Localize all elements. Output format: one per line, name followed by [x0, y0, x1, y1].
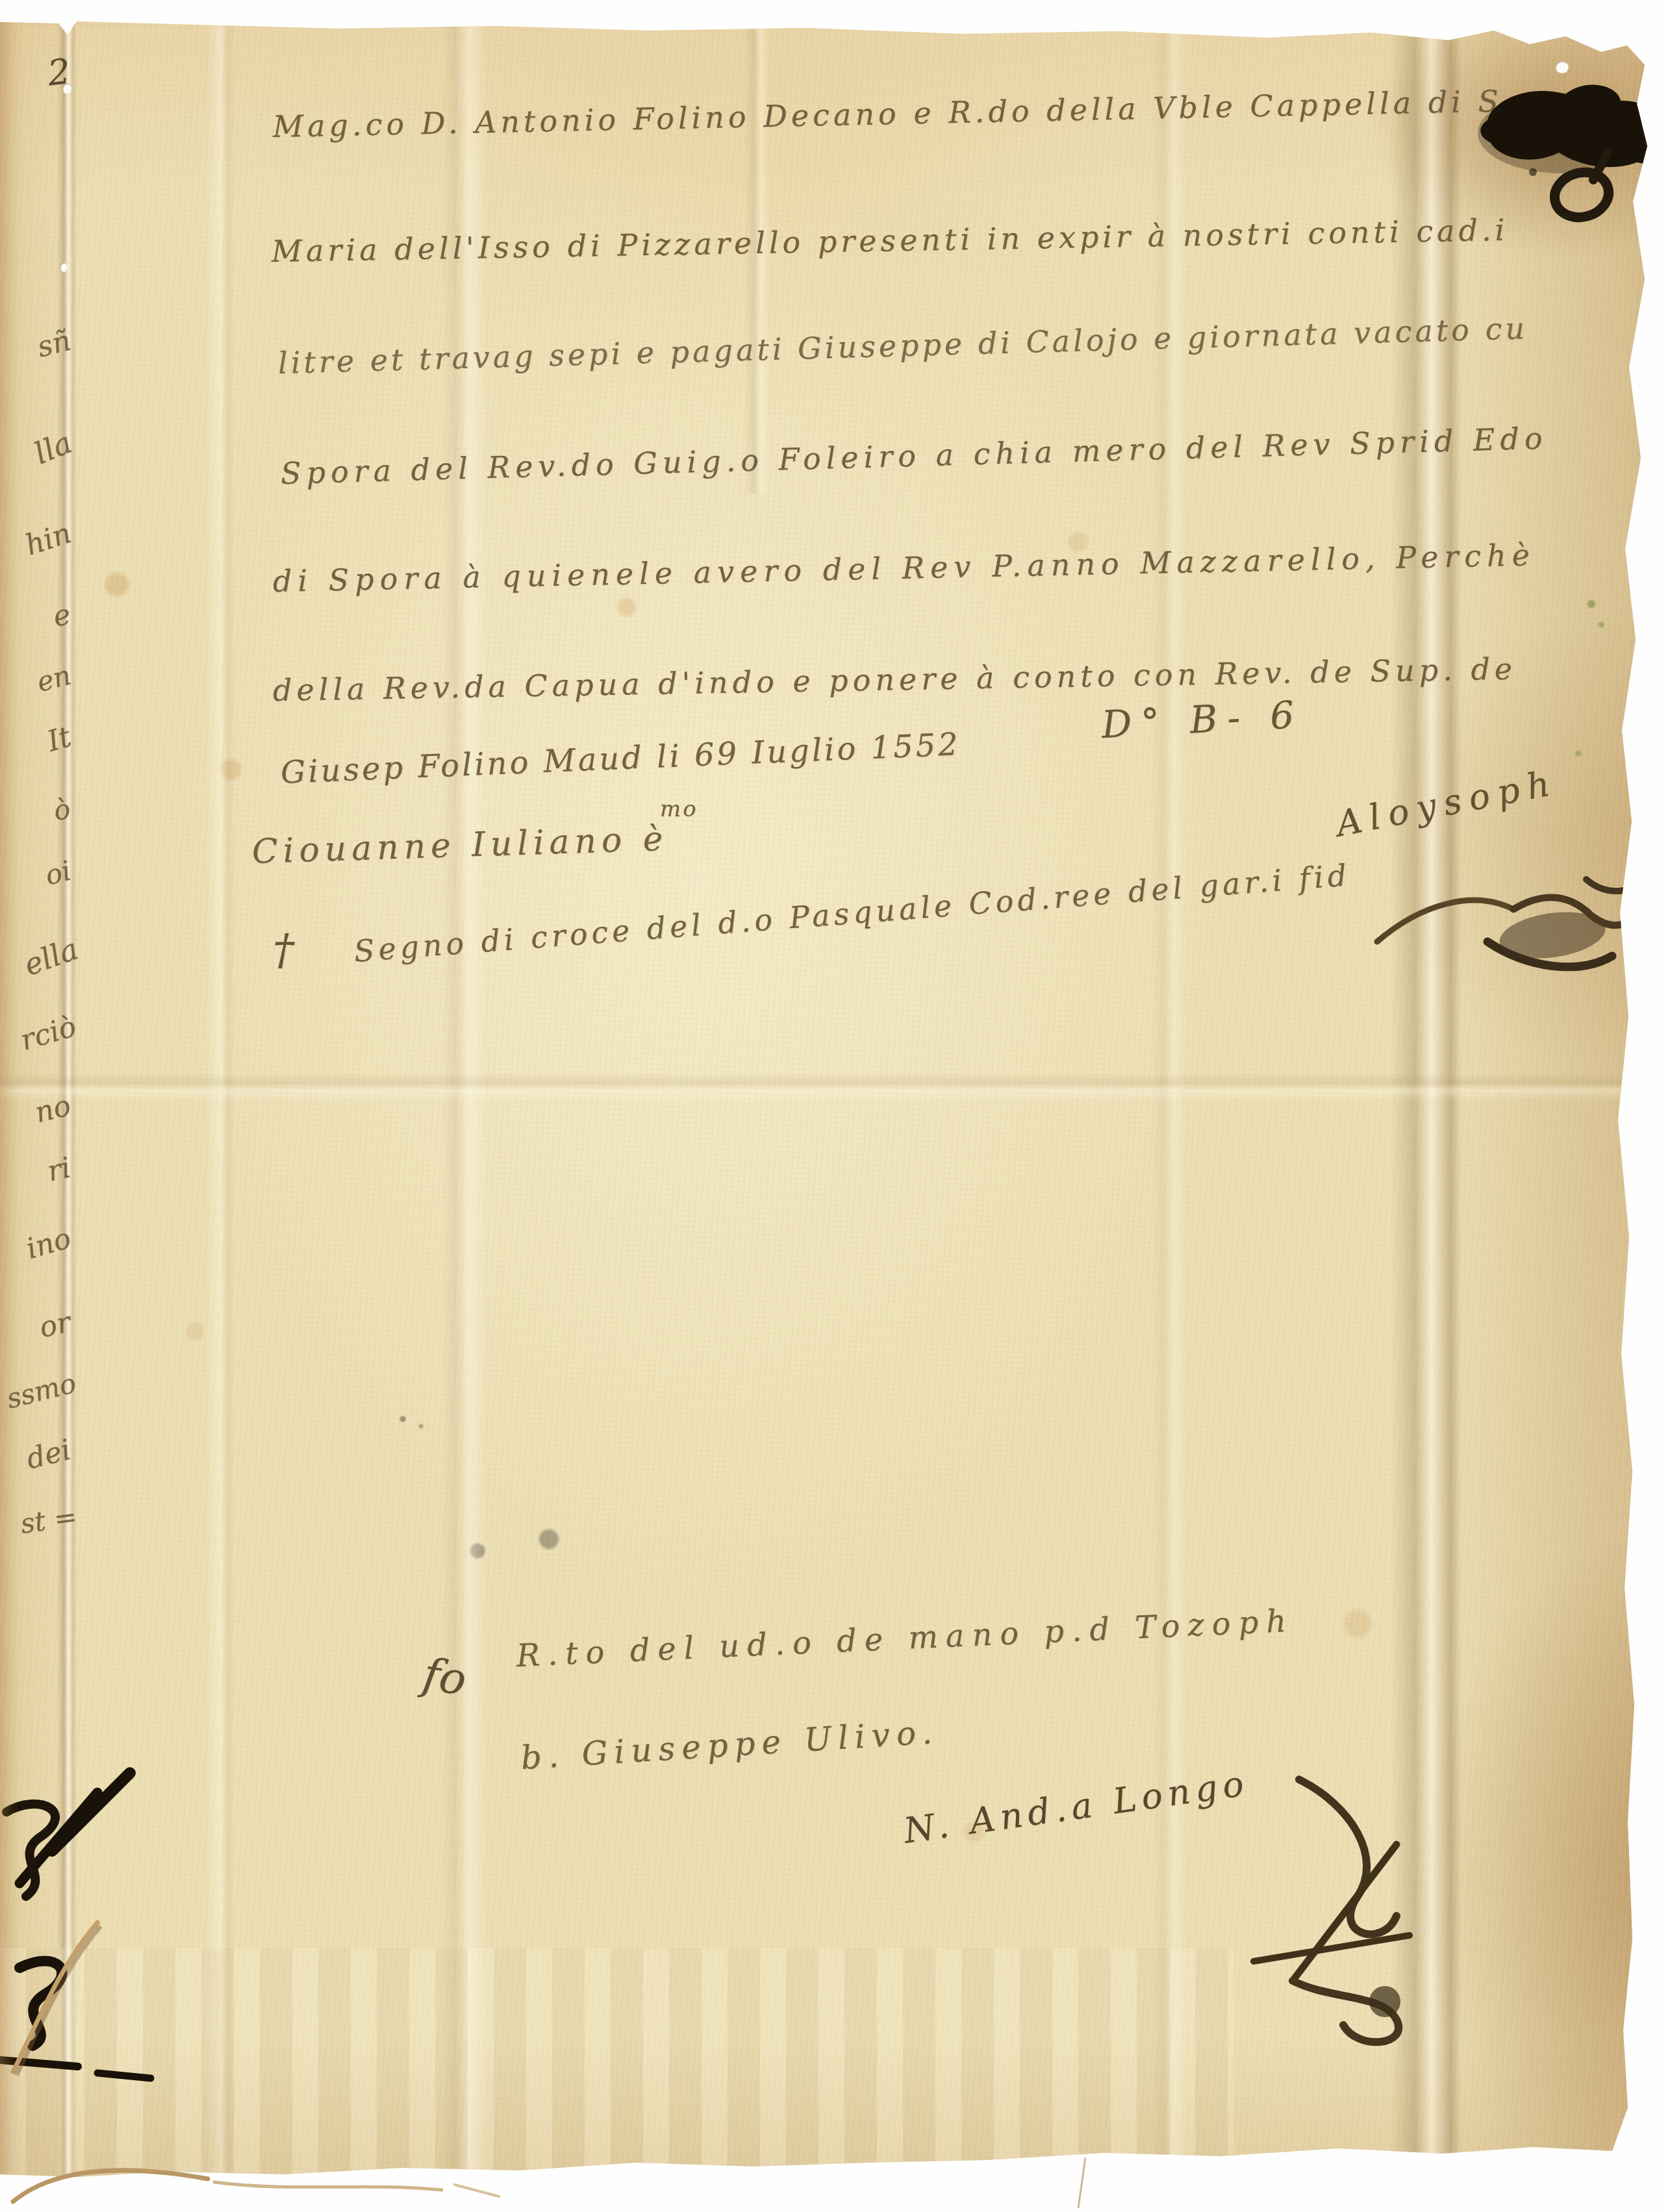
margin-fragment: rciò	[0, 1010, 80, 1063]
date-line: Giusep Folino Maud li 69 Iuglio 1552	[280, 726, 961, 791]
pinhole	[60, 262, 68, 272]
margin-fragment: or	[0, 1306, 73, 1353]
manuscript-line: Spora del Rev.do Guig.o Foleiro a chia m…	[280, 421, 1548, 491]
horizontal-crease	[0, 1073, 1670, 1101]
margin-fragment: st =	[0, 1500, 79, 1543]
flourish-stroke	[1377, 900, 1513, 942]
margin-fragment: ella	[0, 931, 82, 991]
closing-line: R.to del ud.o de mano p.d Tozoph	[516, 1603, 1295, 1674]
closing-lead: fo	[420, 1648, 470, 1705]
thread	[214, 2182, 442, 2190]
bottom-threads	[0, 2143, 617, 2208]
crease-line	[207, 0, 235, 2212]
scan-background: { "scan": { "paper_color": "#ecdfb4", "b…	[0, 0, 1670, 2212]
flourish-stroke	[1293, 1844, 1397, 1981]
ink-blot-loop	[1550, 166, 1614, 223]
margin-fragment: e	[0, 598, 73, 646]
cross-icon: †	[273, 925, 294, 975]
margin-fragment: ri	[0, 1151, 73, 1199]
manuscript-line: della Rev.da Capua d'indo e ponere à con…	[273, 651, 1517, 708]
ink-blot	[1455, 62, 1670, 244]
crease-line	[442, 0, 487, 2212]
name-superscript: mo	[660, 796, 698, 822]
name-line: Ciouanne Iuliano è	[251, 820, 668, 872]
signature-right: Aloysoph	[1333, 762, 1561, 845]
margin-fragment: ò	[0, 792, 73, 836]
hanging-fiber	[1078, 2157, 1087, 2208]
margin-fragment: oi	[0, 855, 74, 903]
flourish-stroke	[1254, 1935, 1410, 1961]
bottom-striations	[0, 1948, 1234, 2176]
margin-fragment: lla	[0, 425, 77, 484]
manuscript-line: Mag.co D. Antonio Folino Decano e R.do d…	[272, 83, 1515, 144]
margin-fragment: ino	[0, 1222, 75, 1274]
account-note: D° B- 6	[1100, 692, 1304, 747]
thread-shadow	[15, 1925, 99, 2074]
cross-line-flourish	[1358, 838, 1663, 994]
margin-fragment: no	[0, 1089, 74, 1139]
thread	[13, 2170, 208, 2202]
punch-hole	[1555, 61, 1569, 73]
margin-fragment: ssmo	[0, 1367, 79, 1417]
margin-fragment: hin	[0, 516, 75, 570]
notary-flourish	[1137, 1766, 1449, 2052]
thread	[455, 2185, 499, 2196]
binding-thread	[0, 1909, 117, 2085]
manuscript-page: Mag.co D. Antonio Folino Decano e R.do d…	[0, 0, 1670, 2212]
margin-fragment: It	[0, 720, 75, 772]
margin-fragment: en	[0, 659, 74, 708]
margin-fragment: 2	[0, 51, 72, 99]
manuscript-line: Maria dell'Isso di Pizzarello presenti i…	[272, 212, 1509, 269]
margin-fragment: dei	[0, 1433, 74, 1483]
manuscript-line: di Spora à quienele avero del Rev P.anno…	[272, 537, 1536, 599]
flourish-stroke	[1586, 878, 1646, 891]
cross-line: Segno di croce del d.o Pasquale Cod.ree …	[353, 857, 1352, 969]
pinhole	[62, 83, 71, 94]
ink-blot-body	[1480, 85, 1665, 168]
closing-line: b. Giuseppe Ulivo.	[520, 1713, 940, 1777]
margin-fragment: sñ	[0, 324, 74, 374]
manuscript-line: litre et travag sepi e pagati Giuseppe d…	[277, 310, 1528, 381]
ink-blot-drip	[1529, 168, 1537, 176]
flourish-blob	[1369, 1986, 1400, 2017]
